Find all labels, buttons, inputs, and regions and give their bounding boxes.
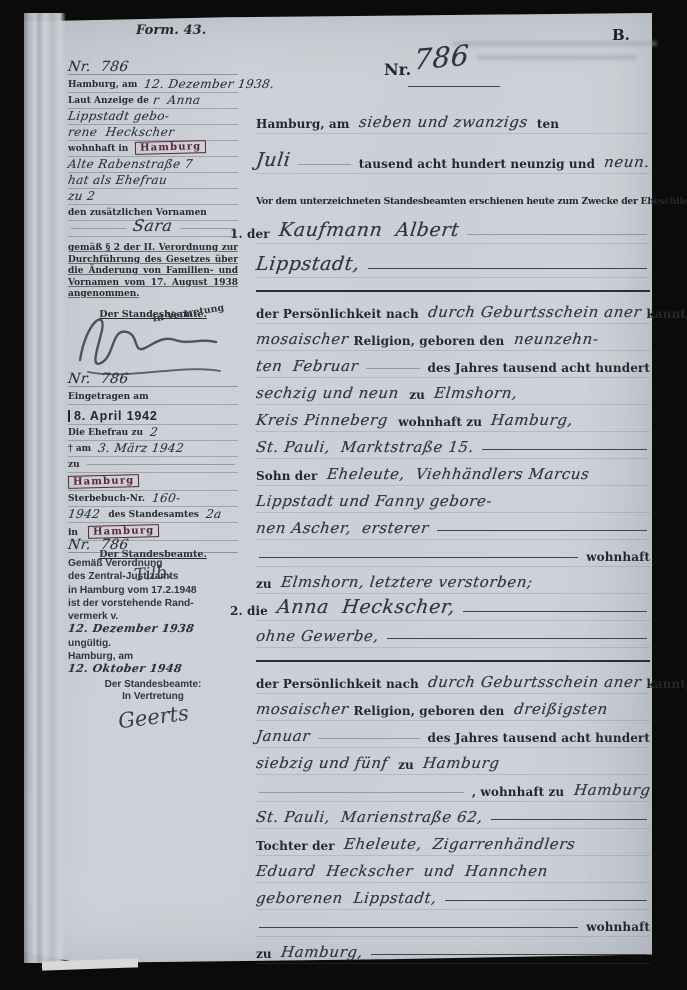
form-line: Lippstadt und Fanny gebore- (256, 486, 650, 513)
printed-text: Vor dem unterzeichneten Standesbeamten e… (256, 188, 650, 210)
printed-text: vermerk v. (68, 611, 118, 622)
handwritten-text: 3. März 1942 (97, 442, 185, 454)
stamp-line-with-date: vermerk v. 12. Dezember 1938 (68, 610, 238, 637)
handwritten-text: ten Februar (255, 359, 359, 374)
form-line: der Persönlichkeit nach durch Geburtssch… (256, 297, 650, 324)
form-line: Eduard Heckscher und Hannchen (256, 856, 650, 883)
handwritten-text: Eheleute, Viehhändlers Marcus (326, 467, 590, 482)
ruled-fill-line (318, 738, 420, 739)
handwritten-text: mosaischer (255, 702, 349, 717)
ink-rule-line (371, 954, 647, 955)
form-line: St. Pauli, Marktstraße 15. (256, 432, 650, 459)
handwritten-text: dreißigsten (513, 702, 609, 717)
stamp-line: ungültig. (68, 637, 238, 650)
printed-text: Hamburg, am (68, 81, 140, 90)
printed-text: 2. die (230, 605, 272, 617)
ink-rule-line (368, 268, 647, 269)
handwritten-text: Hamburg (422, 756, 500, 771)
handwritten-text: Sara (132, 218, 174, 234)
deputy-line: In Vertretung (68, 691, 238, 703)
handwritten-text: Kaufmann Albert (278, 221, 461, 240)
section-divider (256, 278, 650, 292)
form-number-label: Form. 43. (136, 24, 206, 37)
handwritten-text: neun. (603, 155, 650, 170)
ruled-fill-line (366, 368, 419, 369)
form-line: Sara (68, 221, 238, 237)
handwritten-text: St. Pauli, Marktstraße 15. (255, 440, 475, 455)
form-line: geborenen Lippstadt, (256, 883, 650, 910)
form-line: Lippstadt, (256, 244, 650, 278)
form-line: Hamburg, am 12. Dezember 1938. (68, 77, 238, 93)
form-line: Lippstadt gebo- (68, 109, 238, 125)
margin-note-1942-lines: Eingetragen am8. April 1942Die Ehefrau z… (68, 389, 238, 541)
handwritten-text: Eheleute, Zigarrenhändlers (343, 837, 576, 852)
record-number-label: Nr. (384, 60, 411, 79)
ruled-fill-line (180, 228, 235, 229)
handwritten-text: Kreis Pinneberg (255, 413, 394, 428)
handwritten-text: 2 (149, 426, 159, 438)
form-line: ten Februardes Jahres tausend acht hunde… (256, 351, 650, 378)
handwritten-text: neunzehn- (513, 332, 599, 347)
stamp-line: des Zentral-Justizamts (68, 570, 238, 583)
margin-note-1938-lines: Hamburg, am 12. Dezember 1938.Laut Anzei… (68, 77, 238, 237)
margin-note-1938-name-change: Nr. 786 Hamburg, am 12. Dezember 1938.La… (68, 56, 238, 320)
ink-rule-line (387, 638, 647, 639)
form-line: St. Pauli, Marienstraße 62, (256, 802, 650, 829)
form-line: † am 3. März 1942 (68, 441, 238, 457)
scanned-marriage-register-page: Form. 43. B. Nr. 786 Nr. 786 Hamburg, am… (0, 0, 687, 990)
registrar-signature: Geerts (116, 701, 189, 733)
handwritten-text: durch Geburtsschein aner (427, 675, 642, 690)
form-line: Julitausend acht hundert neunzig und neu… (256, 134, 650, 174)
handwritten-date: 12. Oktober 1948 (67, 663, 182, 674)
hamburg-stamp: Hamburg (68, 474, 140, 489)
record-number-value: 786 (413, 41, 470, 74)
registrar-title-line: Der Standesbeamte: (68, 679, 238, 691)
printed-text: wohnhaft (586, 921, 650, 933)
form-line: Hamburg (68, 473, 238, 491)
printed-text: zu (256, 948, 276, 960)
printed-text: tausend acht hundert neunzig und (359, 158, 600, 170)
revocation-stamp: Gemäß Verordnung des Zentral-Justizamts … (68, 557, 238, 676)
ink-rule-line (437, 530, 647, 531)
form-line: mosaischerReligion, geboren den neunzehn… (256, 324, 650, 351)
form-line: zu Elmshorn, letztere verstorben; (256, 567, 650, 594)
form-line: 1942 des Standesamtes 2a (68, 507, 238, 523)
printed-text: des Standesamtes (108, 511, 202, 520)
margin-record-number: Nr. 786 (67, 60, 130, 74)
marriage-record-body: Hamburg, am sieben und zwanzigs tenJulit… (256, 98, 650, 964)
handwritten-text: Hamburg, (490, 413, 574, 428)
printed-text: der Persönlichkeit nach (256, 308, 423, 320)
margin-note-1948-revocation: Nr. 786 Gemäß Verordnung des Zentral-Jus… (68, 534, 238, 729)
handwritten-text: Hamburg, (280, 945, 364, 960)
printed-text: des Jahres tausend acht hundert (428, 362, 650, 374)
printed-text: Eingetragen am (68, 393, 149, 402)
form-line: ohne Gewerbe, (256, 621, 650, 648)
ink-rule-line (259, 557, 578, 558)
handwritten-text: Elmshorn, (433, 386, 518, 401)
form-line: wohnhaft in Hamburg (68, 141, 238, 157)
ruled-fill-line (71, 228, 126, 229)
printed-text: zu (256, 578, 276, 590)
form-line: , wohnhaft zu Hamburg (256, 775, 650, 802)
form-line: Sterbebuch-Nr. 160- (68, 491, 238, 507)
page-letter: B. (612, 26, 630, 44)
printed-text: kannt, (646, 308, 687, 320)
section-divider (256, 648, 650, 662)
form-line: 2. die Anna Heckscher, (256, 594, 650, 621)
handwritten-text: hat als Ehefrau (67, 174, 168, 186)
margin-record-number: Nr. 786 (67, 538, 130, 552)
form-line: Eingetragen am (68, 389, 238, 405)
form-line: der Persönlichkeit nach durch Geburtssch… (256, 667, 650, 694)
handwritten-text: Januar (255, 729, 311, 744)
handwritten-text: Eduard Heckscher und Hannchen (255, 864, 549, 879)
handwritten-text: Alte Rabenstraße 7 (67, 158, 194, 170)
stamp-line: in Hamburg vom 17.2.1948 (68, 584, 238, 597)
printed-text: wohnhaft (586, 551, 650, 563)
printed-text: Die Ehefrau zu (68, 429, 146, 438)
torn-page-edge (42, 958, 138, 970)
handwritten-text: Hamburg (573, 783, 651, 798)
form-line: Laut Anzeige der Anna (68, 93, 238, 109)
form-line: siebzig und fünf zu Hamburg (256, 748, 650, 775)
form-line: Tochter der Eheleute, Zigarrenhändlers (256, 829, 650, 856)
form-line: Alte Rabenstraße 7 (68, 157, 238, 173)
handwritten-text: St. Pauli, Marienstraße 62, (255, 810, 484, 825)
ink-rule-line (259, 927, 578, 928)
ink-rule-line (445, 900, 647, 901)
handwritten-text: Lippstadt, (255, 255, 361, 274)
handwritten-text: sieben und zwanzigs (358, 115, 529, 130)
printed-text: Sterbebuch-Nr. (68, 495, 148, 504)
printed-text: der Persönlichkeit nach (256, 678, 423, 690)
form-line: 1. der Kaufmann Albert (256, 210, 650, 244)
ink-rule-line (463, 611, 647, 612)
form-line: zu 2 (68, 189, 238, 205)
printed-text: wohnhaft in (68, 145, 131, 154)
handwritten-text: ohne Gewerbe, (255, 629, 380, 644)
form-line: zu (68, 457, 238, 473)
handwritten-text: sechzig und neun (255, 386, 405, 401)
printed-text: Laut Anzeige de (68, 97, 149, 106)
handwritten-text: geborenen Lippstadt, (255, 891, 437, 906)
form-line: Sohn der Eheleute, Viehhändlers Marcus (256, 459, 650, 486)
stamp-line: ist der vorstehende Rand- (68, 597, 238, 610)
form-line: Die Ehefrau zu 2 (68, 425, 238, 441)
printed-text: des Jahres tausend acht hundert (428, 732, 650, 744)
handwritten-text: 160- (151, 492, 181, 504)
printed-text: Religion, geboren den (354, 705, 509, 717)
handwritten-text: 12. Dezember 1938. (144, 78, 276, 90)
printed-text: † am (68, 445, 94, 454)
handwritten-text: Lippstadt gebo- (67, 110, 170, 122)
printed-text: Hamburg, am (256, 118, 354, 130)
handwritten-text: r Anna (152, 94, 201, 106)
printed-text: zu (409, 389, 429, 401)
margin-record-number: Nr. 786 (67, 372, 130, 386)
hamburg-stamp: Hamburg (135, 140, 207, 155)
ruled-fill-line (298, 164, 350, 165)
record-number-underline (408, 86, 500, 87)
printed-text: zu (68, 461, 80, 470)
handwritten-text: Anna Heckscher, (276, 598, 456, 617)
printed-text: Sohn der (256, 470, 322, 482)
form-line: zu Hamburg, (256, 937, 650, 964)
form-line: rene Heckscher (68, 125, 238, 141)
ruled-fill-line (87, 464, 235, 465)
ink-rule-line (491, 819, 647, 820)
printed-text: zu (398, 759, 418, 771)
stamp-line: Gemäß Verordnung (68, 557, 238, 570)
spacer (256, 174, 650, 188)
printed-text: ten (533, 118, 559, 130)
printed-text: wohnhaft zu (398, 416, 486, 428)
handwritten-text: 2a (205, 508, 222, 520)
printed-text: Hamburg, am (68, 651, 133, 662)
printed-text: Religion, geboren den (354, 335, 509, 347)
form-line: mosaischerReligion, geboren den dreißigs… (256, 694, 650, 721)
ink-rule-line (482, 449, 647, 450)
form-line: wohnhaft (256, 540, 650, 567)
handwritten-text: mosaischer (255, 332, 349, 347)
form-line: sechzig und neun zu Elmshorn, (256, 378, 650, 405)
name-change-law-stamp-text: gemäß § 2 der II. Verordnung zur Durchfü… (68, 243, 238, 301)
handwritten-text: Juli (255, 151, 292, 170)
printed-text: , wohnhaft zu (472, 786, 569, 798)
handwritten-text: Lippstadt und Fanny gebore- (255, 494, 493, 509)
form-line: wohnhaft (256, 910, 650, 937)
form-line: nen Ascher, ersterer (256, 513, 650, 540)
printed-text: kannt, (646, 678, 687, 690)
form-line: Hamburg, am sieben und zwanzigs ten (256, 98, 650, 134)
date-stamp: 8. April 1942 (68, 410, 158, 423)
printed-text: Tochter der (256, 840, 339, 852)
handwritten-text: zu 2 (67, 190, 96, 202)
form-line: Januardes Jahres tausend acht hundert (256, 721, 650, 748)
registrar-title: Der Standesbeamte: In Vertretung (68, 679, 238, 703)
handwritten-text: Elmshorn, letztere verstorben; (280, 575, 534, 590)
handwritten-text: rene Heckscher (67, 126, 175, 138)
handwritten-text: siebzig und fünf (255, 756, 394, 771)
handwritten-text: durch Geburtsschein aner (427, 305, 642, 320)
printed-text: 1. der (230, 228, 274, 240)
stamp-line-with-date: Hamburg, am 12. Oktober 1948 (68, 650, 238, 677)
handwritten-date: 12. Dezember 1938 (67, 623, 195, 634)
form-line: Kreis Pinneberg wohnhaft zu Hamburg, (256, 405, 650, 432)
form-line: 8. April 1942 (68, 405, 238, 425)
ruled-fill-line (259, 792, 464, 793)
handwritten-text: nen Ascher, ersterer (255, 521, 430, 536)
handwritten-text: 1942 (67, 508, 105, 520)
ruled-fill-line (467, 234, 647, 235)
form-line: hat als Ehefrau (68, 173, 238, 189)
